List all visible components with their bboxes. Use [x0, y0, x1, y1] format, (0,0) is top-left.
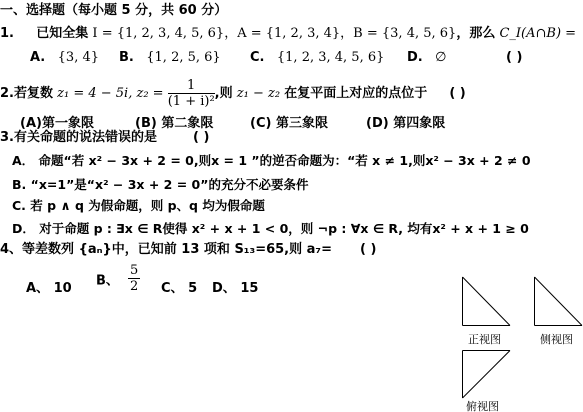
front-view-triangle	[463, 277, 511, 326]
side-view-triangle	[535, 277, 583, 326]
front-view-label: 正视图	[468, 331, 501, 347]
top-view-label: 俯视图	[466, 398, 499, 412]
top-view-triangle	[463, 351, 511, 399]
three-view-figure	[0, 0, 583, 412]
side-view-label: 侧视图	[540, 331, 573, 347]
